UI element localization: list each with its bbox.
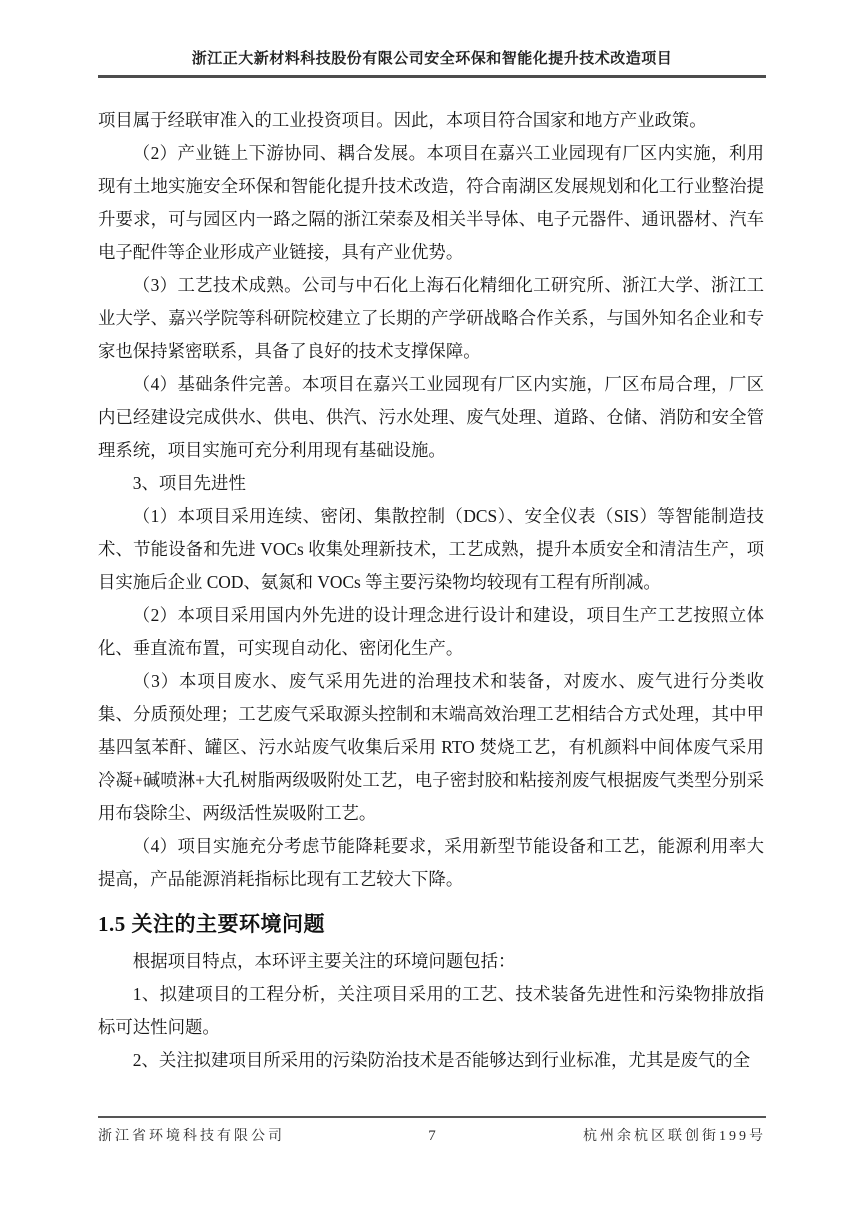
paragraph: （4）项目实施充分考虑节能降耗要求，采用新型节能设备和工艺，能源利用率大提高，产…	[98, 830, 764, 896]
page-footer: 浙江省环境科技有限公司 7 杭州余杭区联创街199号	[98, 1116, 766, 1145]
paragraph: 项目属于经联审准入的工业投资项目。因此，本项目符合国家和地方产业政策。	[98, 104, 764, 137]
header-title: 浙江正大新材料科技股份有限公司安全环保和智能化提升技术改造项目	[192, 47, 673, 75]
list-heading: 3、项目先进性	[98, 467, 764, 500]
page-header: 浙江正大新材料科技股份有限公司安全环保和智能化提升技术改造项目	[98, 0, 766, 78]
paragraph: （4）基础条件完善。本项目在嘉兴工业园现有厂区内实施，厂区布局合理，厂区内已经建…	[98, 368, 764, 467]
paragraph: （3）本项目废水、废气采用先进的治理技术和装备，对废水、废气进行分类收集、分质预…	[98, 665, 764, 830]
footer-address: 杭州余杭区联创街199号	[436, 1125, 766, 1145]
paragraph: （2）本项目采用国内外先进的设计理念进行设计和建设，项目生产工艺按照立体化、垂直…	[98, 599, 764, 665]
document-body: 项目属于经联审准入的工业投资项目。因此，本项目符合国家和地方产业政策。 （2）产…	[98, 104, 764, 1077]
paragraph: 2、关注拟建项目所采用的污染防治技术是否能够达到行业标准，尤其是废气的全	[98, 1044, 764, 1077]
paragraph: 根据项目特点，本环评主要关注的环境问题包括：	[98, 945, 764, 978]
paragraph: （1）本项目采用连续、密闭、集散控制（DCS）、安全仪表（SIS）等智能制造技术…	[98, 500, 764, 599]
paragraph: （3）工艺技术成熟。公司与中石化上海石化精细化工研究所、浙江大学、浙江工业大学、…	[98, 269, 764, 368]
footer-company-name: 浙江省环境科技有限公司	[98, 1125, 428, 1145]
page-number: 7	[428, 1128, 436, 1145]
paragraph: 1、拟建项目的工程分析，关注项目采用的工艺、技术装备先进性和污染物排放指标可达性…	[98, 978, 764, 1044]
paragraph: （2）产业链上下游协同、耦合发展。本项目在嘉兴工业园现有厂区内实施，利用现有土地…	[98, 137, 764, 269]
section-heading: 1.5 关注的主要环境问题	[98, 910, 764, 938]
document-page: 浙江正大新材料科技股份有限公司安全环保和智能化提升技术改造项目 项目属于经联审准…	[0, 0, 860, 1216]
